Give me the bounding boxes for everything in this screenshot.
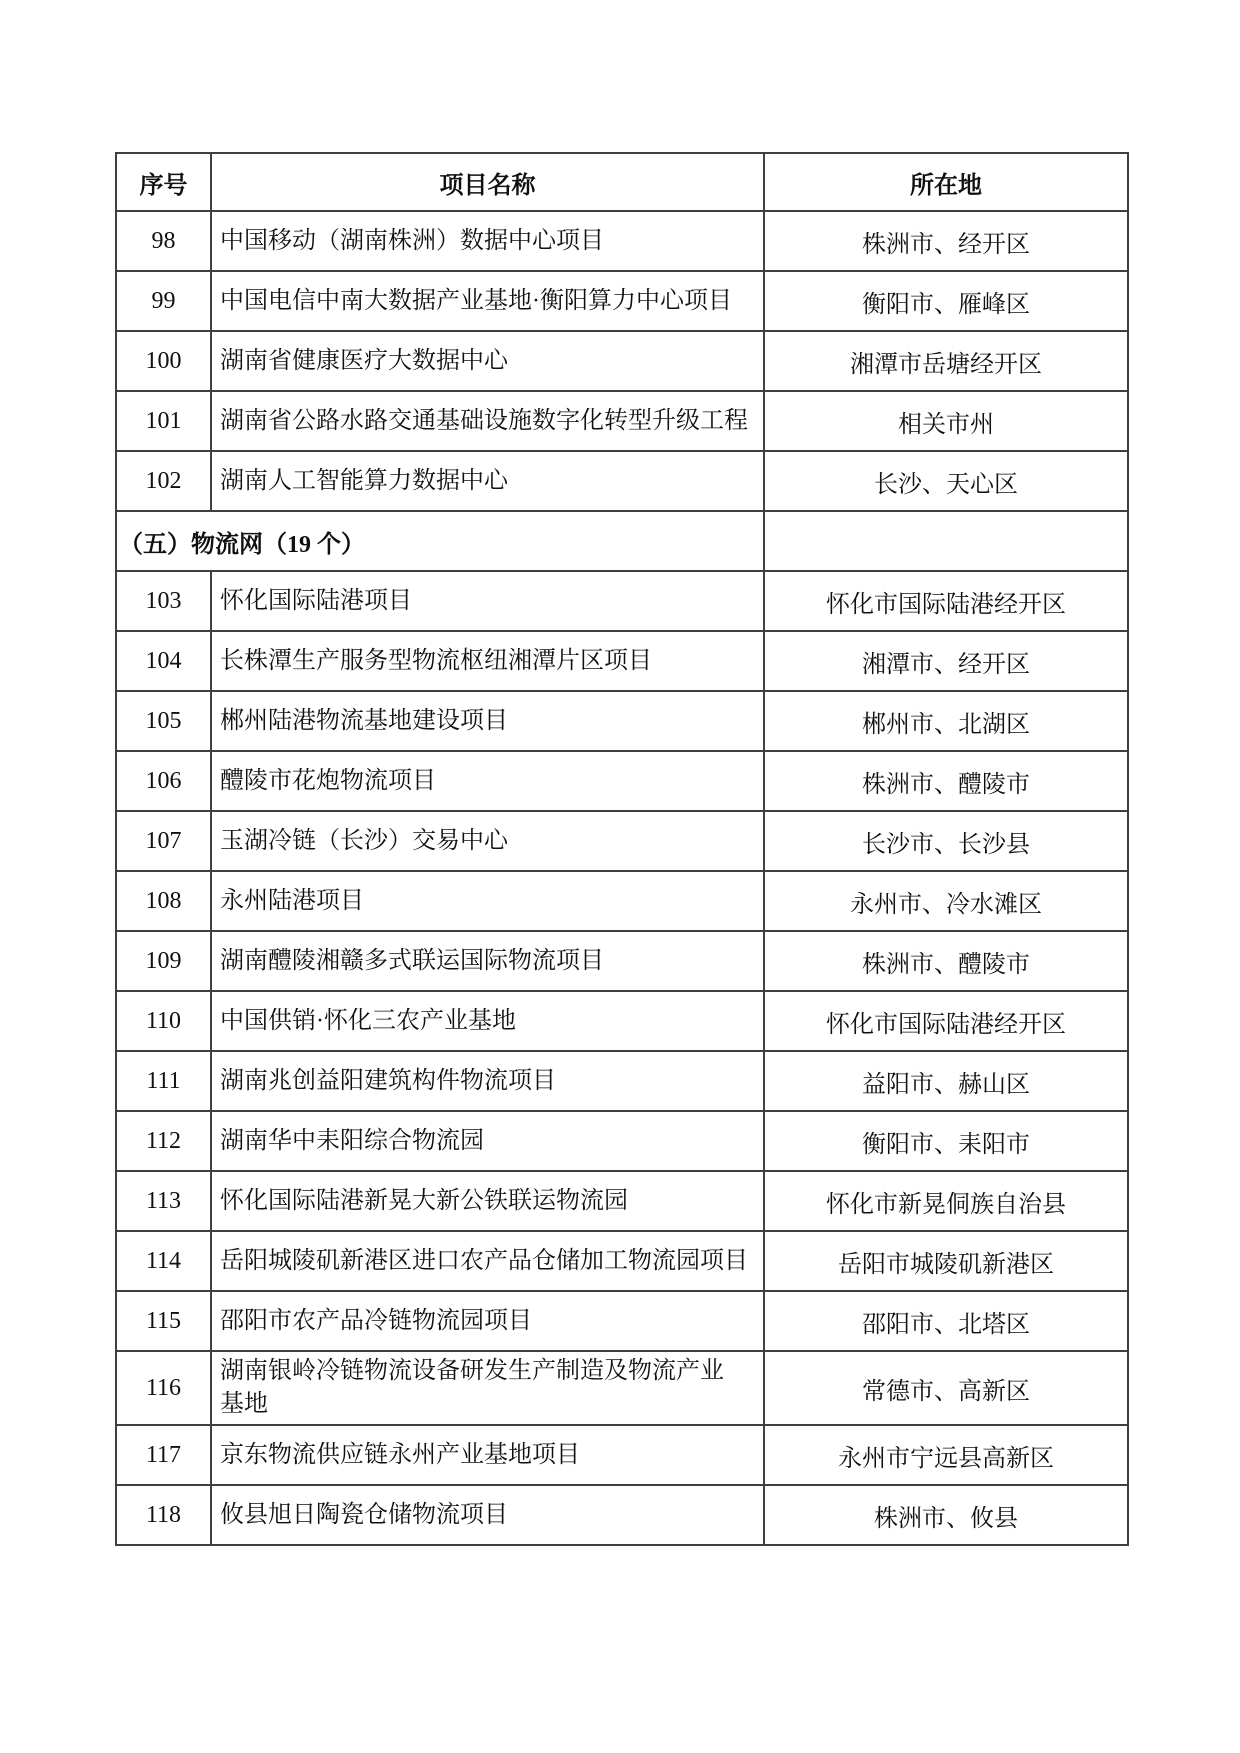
row-index-cell: 105 [116, 691, 211, 751]
table-row: 106醴陵市花炮物流项目株洲市、醴陵市 [116, 751, 1128, 811]
row-project-name-cell: 中国移动（湖南株洲）数据中心项目 [211, 211, 764, 271]
row-index-cell: 106 [116, 751, 211, 811]
table-row: 99中国电信中南大数据产业基地·衡阳算力中心项目衡阳市、雁峰区 [116, 271, 1128, 331]
row-index-cell: 99 [116, 271, 211, 331]
row-index-cell: 112 [116, 1111, 211, 1171]
row-project-name-cell: 中国供销·怀化三农产业基地 [211, 991, 764, 1051]
row-location-cell: 益阳市、赫山区 [764, 1051, 1128, 1111]
table-row: 116湖南银岭冷链物流设备研发生产制造及物流产业 基地常德市、高新区 [116, 1351, 1128, 1425]
table-row: 101湖南省公路水路交通基础设施数字化转型升级工程相关市州 [116, 391, 1128, 451]
table-row: 109湖南醴陵湘赣多式联运国际物流项目株洲市、醴陵市 [116, 931, 1128, 991]
table-row: 113怀化国际陆港新晃大新公铁联运物流园怀化市新晃侗族自治县 [116, 1171, 1128, 1231]
row-index-cell: 101 [116, 391, 211, 451]
row-location-cell: 衡阳市、耒阳市 [764, 1111, 1128, 1171]
row-location-cell: 长沙、天心区 [764, 451, 1128, 511]
row-location-cell: 湘潭市、经开区 [764, 631, 1128, 691]
row-project-name-cell: 攸县旭日陶瓷仓储物流项目 [211, 1485, 764, 1545]
table-row: 112湖南华中耒阳综合物流园衡阳市、耒阳市 [116, 1111, 1128, 1171]
row-project-name-cell: 京东物流供应链永州产业基地项目 [211, 1425, 764, 1485]
row-location-cell: 邵阳市、北塔区 [764, 1291, 1128, 1351]
section-header-row: （五）物流网（19 个） [116, 511, 1128, 571]
section-location-cell [764, 511, 1128, 571]
row-location-cell: 常德市、高新区 [764, 1351, 1128, 1425]
row-project-name-cell: 湖南银岭冷链物流设备研发生产制造及物流产业 基地 [211, 1351, 764, 1425]
row-project-name-cell: 玉湖冷链（长沙）交易中心 [211, 811, 764, 871]
row-project-name-cell: 湖南人工智能算力数据中心 [211, 451, 764, 511]
row-index-cell: 109 [116, 931, 211, 991]
column-header-name: 项目名称 [211, 153, 764, 211]
row-location-cell: 怀化市新晃侗族自治县 [764, 1171, 1128, 1231]
row-project-name-cell: 怀化国际陆港项目 [211, 571, 764, 631]
row-project-name-cell: 醴陵市花炮物流项目 [211, 751, 764, 811]
row-location-cell: 株洲市、醴陵市 [764, 931, 1128, 991]
row-project-name-cell: 湖南华中耒阳综合物流园 [211, 1111, 764, 1171]
row-location-cell: 株洲市、经开区 [764, 211, 1128, 271]
table-row: 118攸县旭日陶瓷仓储物流项目株洲市、攸县 [116, 1485, 1128, 1545]
table-row: 98中国移动（湖南株洲）数据中心项目株洲市、经开区 [116, 211, 1128, 271]
row-location-cell: 怀化市国际陆港经开区 [764, 991, 1128, 1051]
row-index-cell: 102 [116, 451, 211, 511]
column-header-index: 序号 [116, 153, 211, 211]
row-index-cell: 108 [116, 871, 211, 931]
table-row: 111湖南兆创益阳建筑构件物流项目益阳市、赫山区 [116, 1051, 1128, 1111]
row-location-cell: 郴州市、北湖区 [764, 691, 1128, 751]
row-location-cell: 相关市州 [764, 391, 1128, 451]
row-location-cell: 永州市、冷水滩区 [764, 871, 1128, 931]
row-index-cell: 116 [116, 1351, 211, 1425]
row-location-cell: 湘潭市岳塘经开区 [764, 331, 1128, 391]
row-location-cell: 岳阳市城陵矶新港区 [764, 1231, 1128, 1291]
row-index-cell: 114 [116, 1231, 211, 1291]
column-header-location: 所在地 [764, 153, 1128, 211]
table-row: 117京东物流供应链永州产业基地项目永州市宁远县高新区 [116, 1425, 1128, 1485]
row-location-cell: 长沙市、长沙县 [764, 811, 1128, 871]
table-row: 100湖南省健康医疗大数据中心湘潭市岳塘经开区 [116, 331, 1128, 391]
table-row: 107玉湖冷链（长沙）交易中心长沙市、长沙县 [116, 811, 1128, 871]
table-row: 110中国供销·怀化三农产业基地怀化市国际陆港经开区 [116, 991, 1128, 1051]
table-body: 98中国移动（湖南株洲）数据中心项目株洲市、经开区99中国电信中南大数据产业基地… [116, 211, 1128, 1545]
row-index-cell: 103 [116, 571, 211, 631]
row-index-cell: 98 [116, 211, 211, 271]
section-label: （五）物流网（19 个） [116, 511, 764, 571]
row-project-name-cell: 湖南省健康医疗大数据中心 [211, 331, 764, 391]
row-location-cell: 株洲市、醴陵市 [764, 751, 1128, 811]
row-project-name-cell: 湖南醴陵湘赣多式联运国际物流项目 [211, 931, 764, 991]
row-project-name-cell: 中国电信中南大数据产业基地·衡阳算力中心项目 [211, 271, 764, 331]
row-project-name-cell: 长株潭生产服务型物流枢纽湘潭片区项目 [211, 631, 764, 691]
row-project-name-cell: 永州陆港项目 [211, 871, 764, 931]
table-header-row: 序号 项目名称 所在地 [116, 153, 1128, 211]
row-index-cell: 118 [116, 1485, 211, 1545]
row-project-name-cell: 岳阳城陵矶新港区进口农产品仓储加工物流园项目 [211, 1231, 764, 1291]
table-row: 102湖南人工智能算力数据中心长沙、天心区 [116, 451, 1128, 511]
row-location-cell: 怀化市国际陆港经开区 [764, 571, 1128, 631]
row-index-cell: 113 [116, 1171, 211, 1231]
row-project-name-cell: 湖南省公路水路交通基础设施数字化转型升级工程 [211, 391, 764, 451]
row-index-cell: 115 [116, 1291, 211, 1351]
project-table: 序号 项目名称 所在地 98中国移动（湖南株洲）数据中心项目株洲市、经开区99中… [115, 152, 1129, 1546]
table-row: 114岳阳城陵矶新港区进口农产品仓储加工物流园项目岳阳市城陵矶新港区 [116, 1231, 1128, 1291]
row-location-cell: 永州市宁远县高新区 [764, 1425, 1128, 1485]
row-project-name-cell: 郴州陆港物流基地建设项目 [211, 691, 764, 751]
row-project-name-cell: 邵阳市农产品冷链物流园项目 [211, 1291, 764, 1351]
row-index-cell: 104 [116, 631, 211, 691]
table-row: 105郴州陆港物流基地建设项目郴州市、北湖区 [116, 691, 1128, 751]
row-index-cell: 107 [116, 811, 211, 871]
row-index-cell: 117 [116, 1425, 211, 1485]
row-project-name-cell: 怀化国际陆港新晃大新公铁联运物流园 [211, 1171, 764, 1231]
table-row: 115邵阳市农产品冷链物流园项目邵阳市、北塔区 [116, 1291, 1128, 1351]
row-index-cell: 100 [116, 331, 211, 391]
table-row: 103怀化国际陆港项目怀化市国际陆港经开区 [116, 571, 1128, 631]
table-row: 108永州陆港项目永州市、冷水滩区 [116, 871, 1128, 931]
row-location-cell: 衡阳市、雁峰区 [764, 271, 1128, 331]
document-page: 序号 项目名称 所在地 98中国移动（湖南株洲）数据中心项目株洲市、经开区99中… [0, 0, 1240, 1753]
row-location-cell: 株洲市、攸县 [764, 1485, 1128, 1545]
row-index-cell: 110 [116, 991, 211, 1051]
row-index-cell: 111 [116, 1051, 211, 1111]
table-row: 104长株潭生产服务型物流枢纽湘潭片区项目湘潭市、经开区 [116, 631, 1128, 691]
row-project-name-cell: 湖南兆创益阳建筑构件物流项目 [211, 1051, 764, 1111]
